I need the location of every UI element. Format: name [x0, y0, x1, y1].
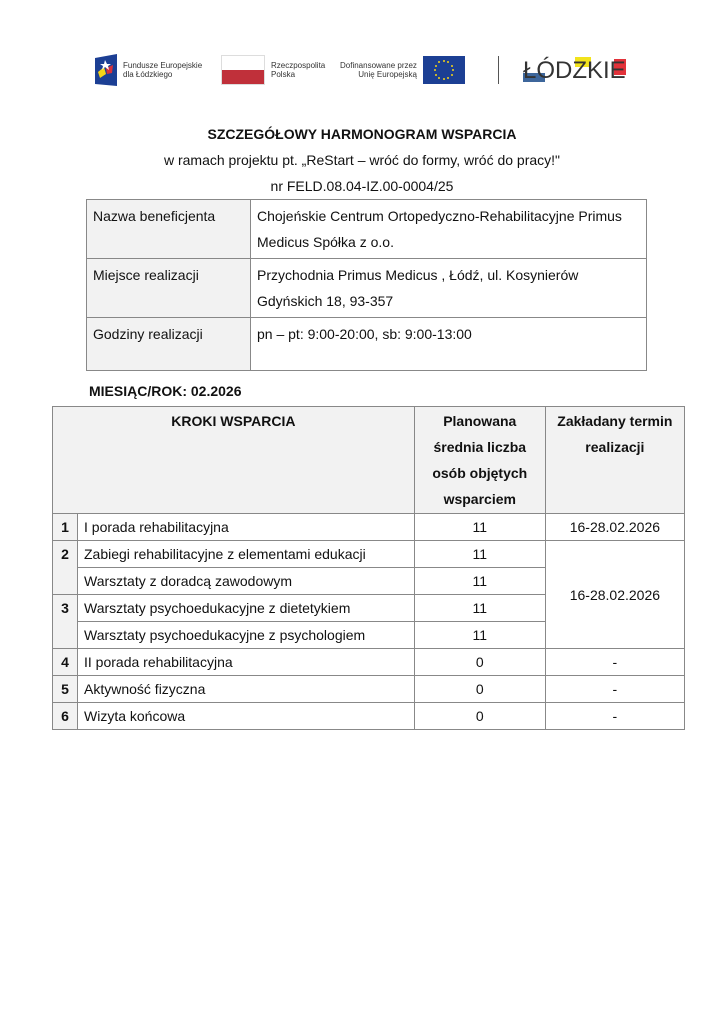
header-steps: KROKI WSPARCIA — [53, 407, 415, 514]
step-number: 1 — [53, 514, 78, 541]
table-row: 4 II porada rehabilitacyjna 0 - — [53, 649, 685, 676]
step-name: Warsztaty psychoedukacyjne z psychologie… — [78, 622, 415, 649]
rp-line1: Rzeczpospolita — [271, 61, 325, 70]
step-name: Warsztaty psychoedukacyjne z dietetykiem — [78, 595, 415, 622]
polish-flag-icon — [221, 55, 265, 85]
header-line: wsparciem — [421, 486, 539, 512]
info-row: Nazwa beneficjenta Chojeńskie Centrum Or… — [87, 200, 647, 259]
document-subtitle: w ramach projektu pt. „ReStart – wróć do… — [0, 152, 724, 168]
fe-logo: Fundusze Europejskie dla Łódzkiego — [95, 52, 202, 88]
lodzkie-logo-icon: ŁÓDZKIE — [523, 55, 633, 85]
step-name: Warsztaty z doradcą zawodowym — [78, 568, 415, 595]
step-name: Zabiegi rehabilitacyjne z elementami edu… — [78, 541, 415, 568]
step-term: - — [545, 649, 684, 676]
table-row: 6 Wizyta końcowa 0 - — [53, 703, 685, 730]
step-number — [53, 568, 78, 595]
step-count: 11 — [414, 622, 545, 649]
logo-separator — [498, 56, 499, 84]
header-line: realizacji — [552, 434, 678, 460]
info-value: Przychodnia Primus Medicus , Łódź, ul. K… — [251, 259, 647, 318]
header-line: Zakładany termin — [552, 408, 678, 434]
step-term: - — [545, 676, 684, 703]
step-name: II porada rehabilitacyjna — [78, 649, 415, 676]
rp-line2: Polska — [271, 70, 325, 79]
step-count: 11 — [414, 514, 545, 541]
project-number: nr FELD.08.04-IZ.00-0004/25 — [0, 178, 724, 194]
step-number: 3 — [53, 595, 78, 622]
info-value: pn – pt: 9:00-20:00, sb: 9:00-13:00 — [251, 318, 647, 371]
info-label: Godziny realizacji — [87, 318, 251, 371]
info-value-line: pn – pt: 9:00-20:00, sb: 9:00-13:00 — [257, 321, 640, 347]
step-number — [53, 622, 78, 649]
step-number: 2 — [53, 541, 78, 568]
eu-flag-icon — [423, 56, 465, 84]
table-row: 1 I porada rehabilitacyjna 11 16-28.02.2… — [53, 514, 685, 541]
step-name: Wizyta końcowa — [78, 703, 415, 730]
fe-line1: Fundusze Europejskie — [123, 61, 202, 70]
info-row: Miejsce realizacji Przychodnia Primus Me… — [87, 259, 647, 318]
step-term: 16-28.02.2026 — [545, 541, 684, 649]
fe-star-icon — [95, 54, 117, 86]
step-term: 16-28.02.2026 — [545, 514, 684, 541]
step-name: I porada rehabilitacyjna — [78, 514, 415, 541]
ue-line2: Unię Europejską — [340, 70, 417, 79]
table-row: 5 Aktywność fizyczna 0 - — [53, 676, 685, 703]
rp-logo: Rzeczpospolita Polska — [221, 52, 325, 88]
table-header-row: KROKI WSPARCIA Planowana średnia liczba … — [53, 407, 685, 514]
info-row: Godziny realizacji pn – pt: 9:00-20:00, … — [87, 318, 647, 371]
header-line: Planowana — [421, 408, 539, 434]
header-planned-term: Zakładany termin realizacji — [545, 407, 684, 514]
ue-line1: Dofinansowane przez — [340, 61, 417, 70]
header-line: osób objętych — [421, 460, 539, 486]
info-value-line: Chojeńskie Centrum Ortopedyczno-Rehabili… — [257, 203, 640, 229]
fe-line2: dla Łódzkiego — [123, 70, 202, 79]
step-name: Aktywność fizyczna — [78, 676, 415, 703]
info-label: Nazwa beneficjenta — [87, 200, 251, 259]
step-count: 11 — [414, 568, 545, 595]
step-count: 0 — [414, 703, 545, 730]
eu-logo: Dofinansowane przez Unię Europejską — [340, 52, 465, 88]
lodzkie-text: ŁÓDZKIE — [523, 57, 626, 85]
info-value: Chojeńskie Centrum Ortopedyczno-Rehabili… — [251, 200, 647, 259]
header-planned-count: Planowana średnia liczba osób objętych w… — [414, 407, 545, 514]
info-value-line: Przychodnia Primus Medicus , Łódź, ul. K… — [257, 262, 640, 288]
step-term: - — [545, 703, 684, 730]
month-year-label: MIESIĄC/ROK: 02.2026 — [89, 383, 242, 399]
info-label: Miejsce realizacji — [87, 259, 251, 318]
table-row: 2 Zabiegi rehabilitacyjne z elementami e… — [53, 541, 685, 568]
beneficiary-info-table: Nazwa beneficjenta Chojeńskie Centrum Or… — [86, 199, 647, 371]
logo-bar: Fundusze Europejskie dla Łódzkiego Rzecz… — [95, 52, 635, 92]
info-value-line: Gdyńskich 18, 93-357 — [257, 288, 640, 314]
step-number: 6 — [53, 703, 78, 730]
support-schedule-table: KROKI WSPARCIA Planowana średnia liczba … — [52, 406, 685, 730]
header-line: średnia liczba — [421, 434, 539, 460]
step-count: 11 — [414, 595, 545, 622]
info-value-line: Medicus Spółka z o.o. — [257, 229, 640, 255]
step-number: 4 — [53, 649, 78, 676]
step-count: 0 — [414, 676, 545, 703]
document-title: SZCZEGÓŁOWY HARMONOGRAM WSPARCIA — [0, 126, 724, 142]
step-count: 11 — [414, 541, 545, 568]
lodzkie-logo: ŁÓDZKIE — [523, 52, 633, 88]
step-number: 5 — [53, 676, 78, 703]
step-count: 0 — [414, 649, 545, 676]
